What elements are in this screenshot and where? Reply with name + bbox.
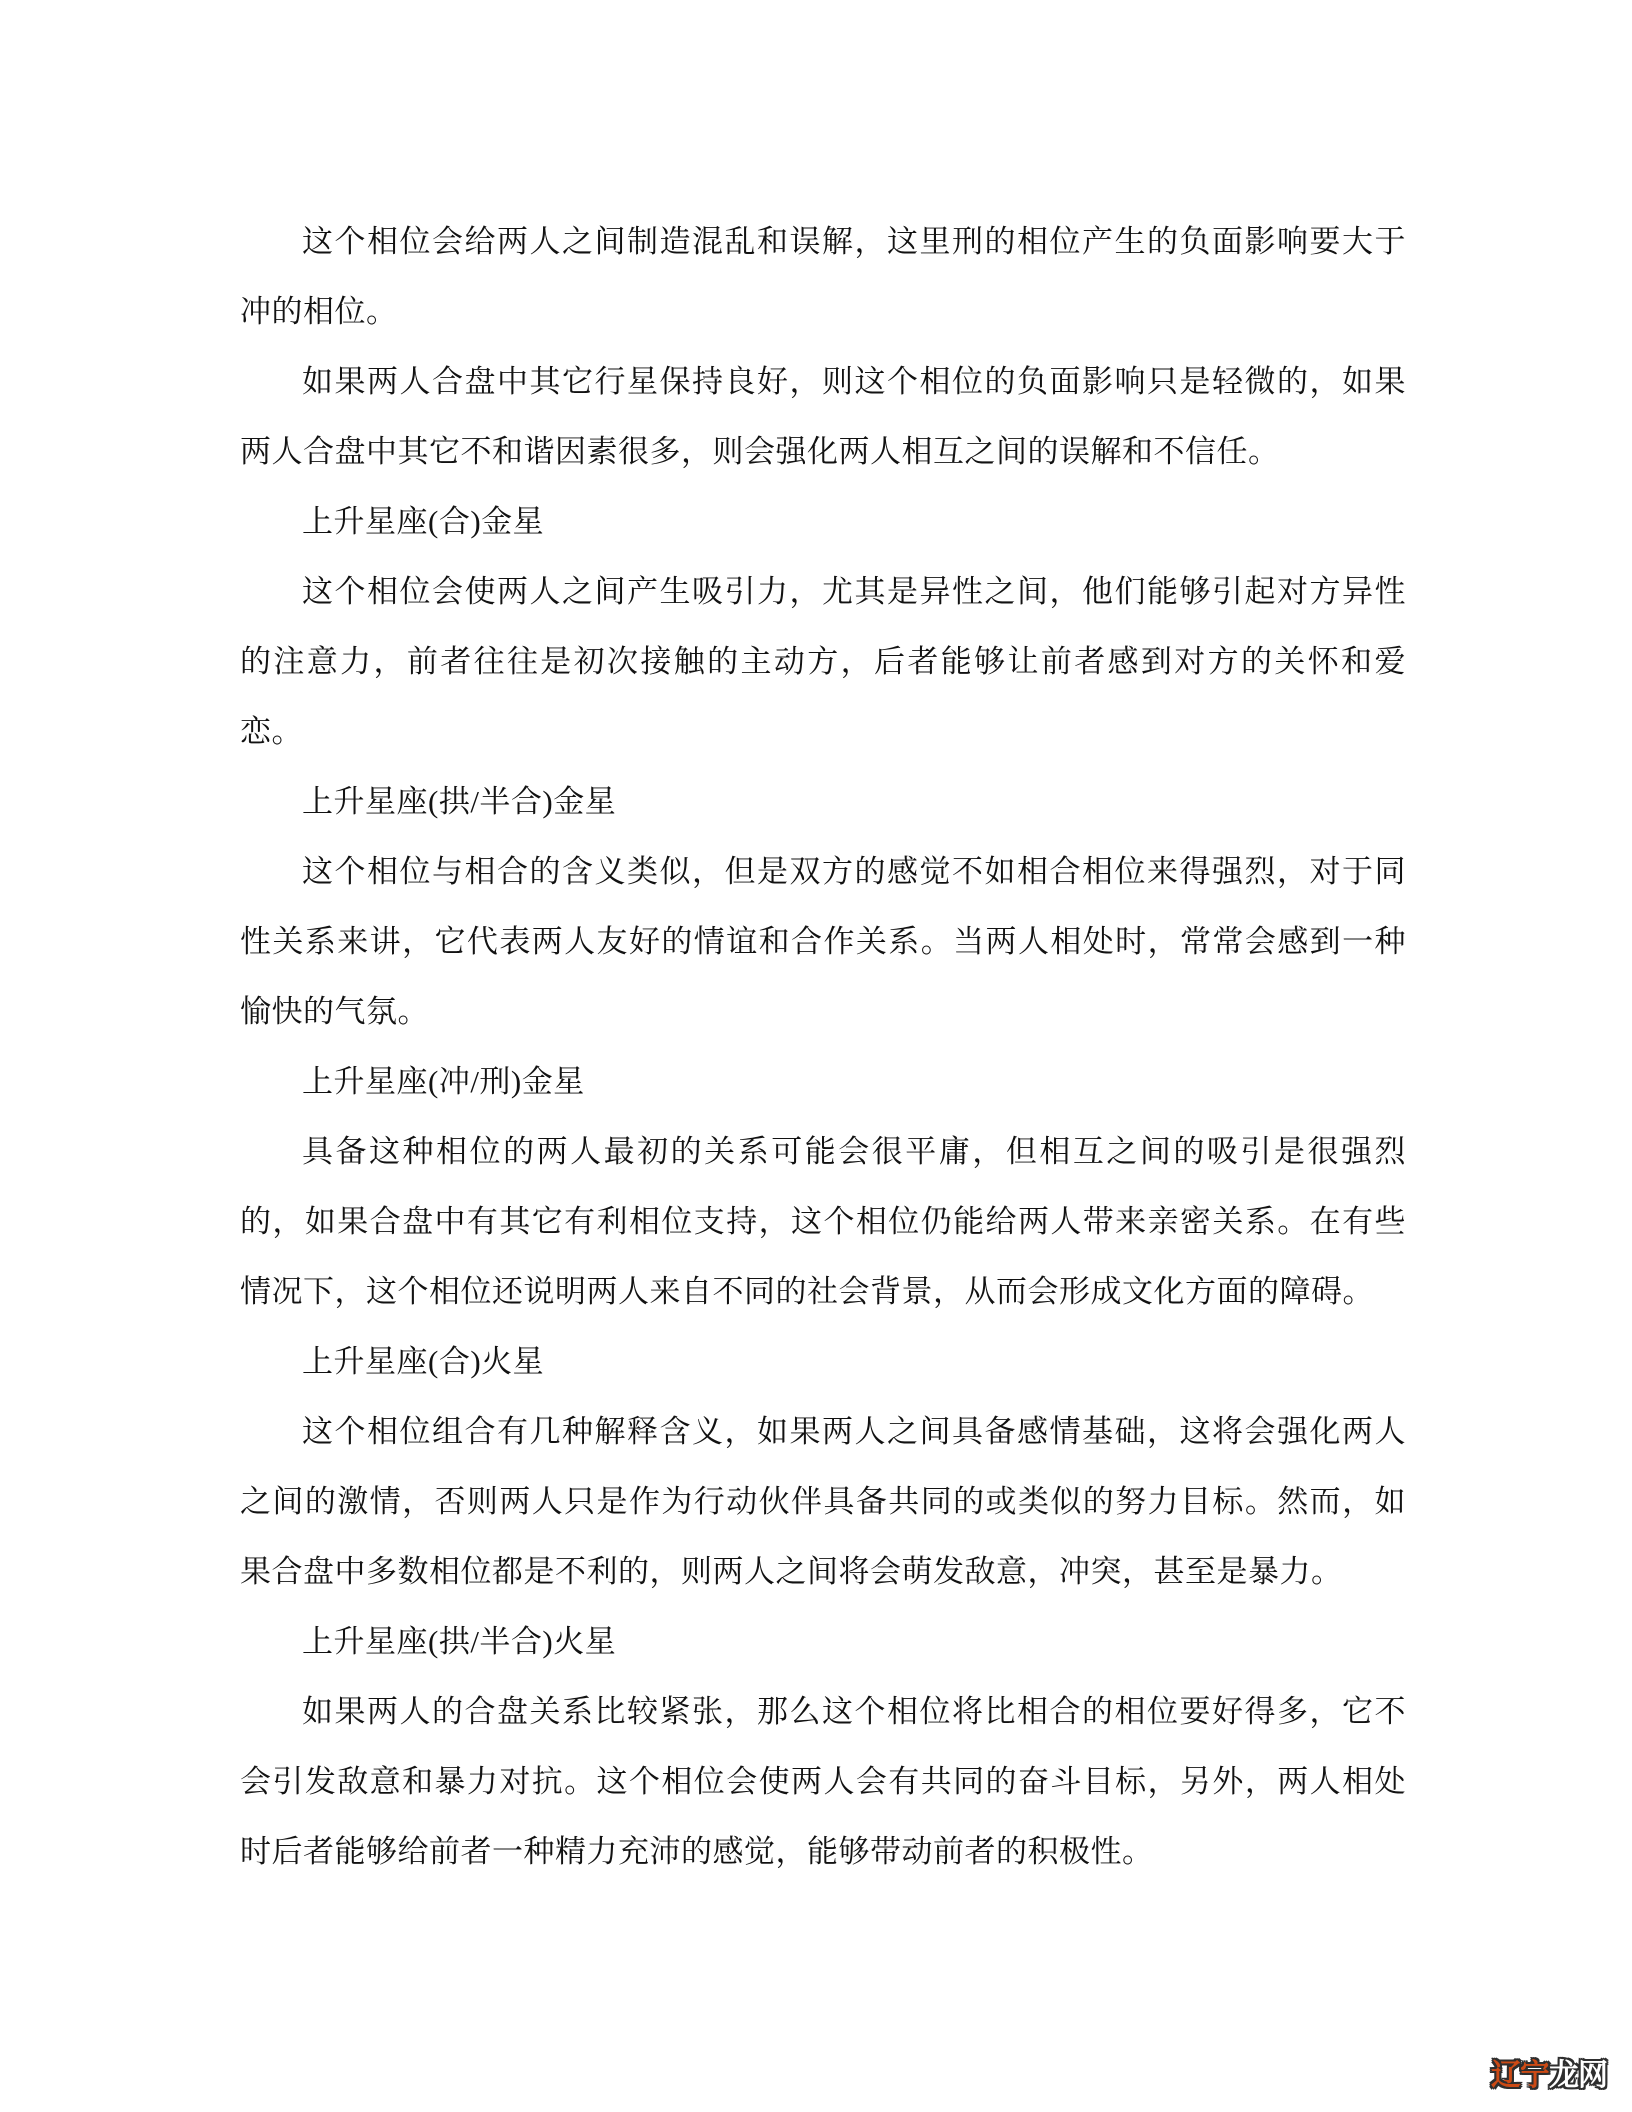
text-line: 冲的相位。 — [240, 277, 1406, 347]
text-line: 这个相位会给两人之间制造混乱和误解，这里刑的相位产生的负面影响要大于 — [240, 207, 1406, 277]
text-line: 之间的激情，否则两人只是作为行动伙伴具备共同的或类似的努力目标。然而，如 — [240, 1467, 1406, 1537]
text-line: 恋。 — [240, 697, 1406, 767]
section-heading: 上升星座(冲/刑)金星 — [240, 1047, 1406, 1117]
text-line: 具备这种相位的两人最初的关系可能会很平庸，但相互之间的吸引是很强烈 — [240, 1117, 1406, 1187]
watermark-suffix: 龙网 — [1549, 2058, 1607, 2093]
document-text: 这个相位会给两人之间制造混乱和误解，这里刑的相位产生的负面影响要大于冲的相位。如… — [240, 207, 1406, 1887]
watermark-prefix: 辽宁 — [1491, 2058, 1549, 2093]
text-line: 如果两人合盘中其它行星保持良好，则这个相位的负面影响只是轻微的，如果 — [240, 347, 1406, 417]
text-line: 愉快的气氛。 — [240, 977, 1406, 1047]
text-line: 性关系来讲，它代表两人友好的情谊和合作关系。当两人相处时，常常会感到一种 — [240, 907, 1406, 977]
text-line: 这个相位会使两人之间产生吸引力，尤其是异性之间，他们能够引起对方异性 — [240, 557, 1406, 627]
text-line: 这个相位组合有几种解释含义，如果两人之间具备感情基础，这将会强化两人 — [240, 1397, 1406, 1467]
section-heading: 上升星座(合)火星 — [240, 1327, 1406, 1397]
section-heading: 上升星座(拱/半合)金星 — [240, 767, 1406, 837]
text-line: 情况下，这个相位还说明两人来自不同的社会背景，从而会形成文化方面的障碍。 — [240, 1257, 1406, 1327]
section-heading: 上升星座(合)金星 — [240, 487, 1406, 557]
document-page: 这个相位会给两人之间制造混乱和误解，这里刑的相位产生的负面影响要大于冲的相位。如… — [0, 0, 1632, 2112]
text-line: 的，如果合盘中有其它有利相位支持，这个相位仍能给两人带来亲密关系。在有些 — [240, 1187, 1406, 1257]
watermark: 辽宁龙网 — [1491, 2059, 1607, 2093]
section-heading: 上升星座(拱/半合)火星 — [240, 1607, 1406, 1677]
text-line: 会引发敌意和暴力对抗。这个相位会使两人会有共同的奋斗目标，另外，两人相处 — [240, 1747, 1406, 1817]
text-line: 果合盘中多数相位都是不利的，则两人之间将会萌发敌意，冲突，甚至是暴力。 — [240, 1537, 1406, 1607]
text-line: 两人合盘中其它不和谐因素很多，则会强化两人相互之间的误解和不信任。 — [240, 417, 1406, 487]
text-line: 如果两人的合盘关系比较紧张，那么这个相位将比相合的相位要好得多，它不 — [240, 1677, 1406, 1747]
text-line: 时后者能够给前者一种精力充沛的感觉，能够带动前者的积极性。 — [240, 1817, 1406, 1887]
text-line: 的注意力，前者往往是初次接触的主动方，后者能够让前者感到对方的关怀和爱 — [240, 627, 1406, 697]
text-line: 这个相位与相合的含义类似，但是双方的感觉不如相合相位来得强烈，对于同 — [240, 837, 1406, 907]
